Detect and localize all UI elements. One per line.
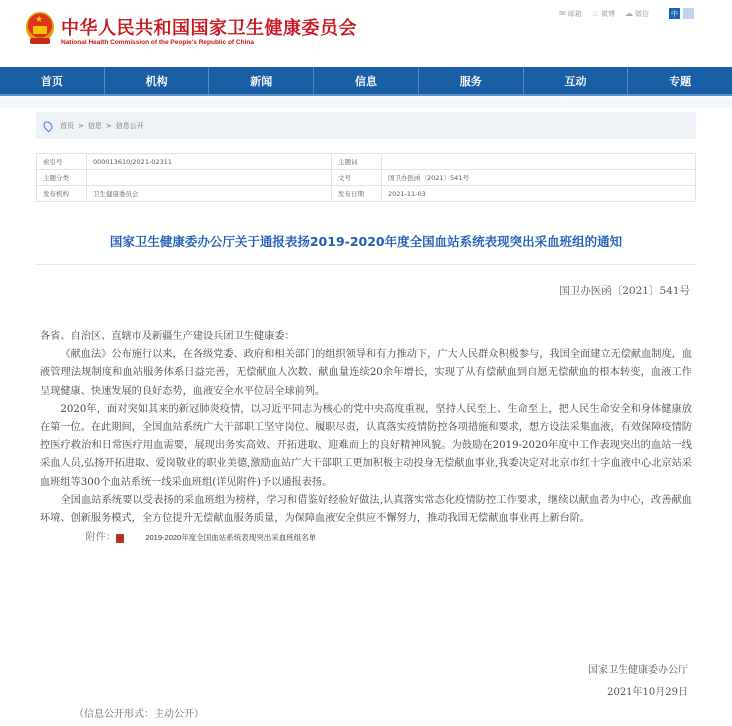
meta-value: 2021-11-03 bbox=[382, 186, 696, 202]
nav-item-home[interactable]: 首页 bbox=[0, 67, 105, 94]
salutation: 各省、自治区、直辖市及新疆生产建设兵团卫生健康委： bbox=[40, 328, 692, 346]
language-switcher: 中 bbox=[669, 8, 694, 19]
breadcrumb-disclosure[interactable]: 信息公开 bbox=[116, 121, 144, 131]
paragraph: 全国血站系统要以受表扬的采血班组为榜样，学习和借鉴好经验好做法,认真落实常态化疫… bbox=[40, 492, 692, 528]
meta-value bbox=[382, 154, 696, 170]
mail-label: 邮箱 bbox=[568, 9, 582, 19]
nav-shadow bbox=[0, 98, 732, 108]
meta-key: 发布日期 bbox=[332, 186, 382, 202]
wechat-label: 微信 bbox=[635, 9, 649, 19]
meta-value bbox=[87, 170, 332, 186]
meta-key: 发布机构 bbox=[37, 186, 87, 202]
mail-icon: ✉ bbox=[559, 9, 566, 18]
meta-value: 000013610/2021-02311 bbox=[87, 154, 332, 170]
meta-value: 卫生健康委员会 bbox=[87, 186, 332, 202]
document-number: 国卫办医函〔2021〕541号 bbox=[559, 283, 690, 298]
attachment-link[interactable]: 2019-2020年度全国血站系统表现突出采血班组名单 bbox=[125, 529, 316, 547]
paragraph: 2020年，面对突如其来的新冠肺炎疫情，以习近平同志为核心的党中央高度重视，坚持… bbox=[40, 401, 692, 492]
weibo-link[interactable]: ♨ 微博 bbox=[592, 9, 615, 19]
meta-key: 索引号 bbox=[37, 154, 87, 170]
meta-key: 文号 bbox=[332, 170, 382, 186]
location-pin-icon bbox=[42, 119, 55, 132]
signature-date: 2021年10月29日 bbox=[588, 682, 688, 704]
nav-item-news[interactable]: 新闻 bbox=[209, 67, 314, 94]
lang-en-button[interactable] bbox=[683, 8, 694, 19]
meta-value: 国卫办医函〔2021〕541号 bbox=[382, 170, 696, 186]
table-row: 索引号 000013610/2021-02311 主题词 bbox=[37, 154, 696, 170]
site-subtitle: National Health Commission of the People… bbox=[61, 39, 254, 46]
attachment-row: 附件： 2019-2020年度全国血站系统表现突出采血班组名单 bbox=[40, 529, 692, 547]
wechat-link[interactable]: ☁ 微信 bbox=[625, 9, 649, 19]
nav-item-services[interactable]: 服务 bbox=[419, 67, 524, 94]
site-title[interactable]: 中华人民共和国国家卫生健康委员会 bbox=[61, 14, 357, 40]
divider bbox=[36, 264, 696, 265]
site-header: ★ 中华人民共和国国家卫生健康委员会 National Health Commi… bbox=[0, 0, 732, 66]
document-body: 各省、自治区、直辖市及新疆生产建设兵团卫生健康委： 《献血法》公布施行以来，在各… bbox=[40, 328, 692, 547]
attachment-label: 附件： bbox=[40, 529, 116, 547]
breadcrumb-information[interactable]: 信息 bbox=[88, 121, 102, 131]
nav-item-information[interactable]: 信息 bbox=[314, 67, 419, 94]
nav-item-interaction[interactable]: 互动 bbox=[524, 67, 629, 94]
file-icon bbox=[116, 534, 124, 543]
meta-key: 主题分类 bbox=[37, 170, 87, 186]
paragraph: 《献血法》公布施行以来，在各级党委、政府和相关部门的组织领导和有力推动下，广大人… bbox=[40, 346, 692, 401]
breadcrumb-home[interactable]: 首页 bbox=[60, 121, 74, 131]
weibo-label: 微博 bbox=[601, 9, 615, 19]
table-row: 发布机构 卫生健康委员会 发布日期 2021-11-03 bbox=[37, 186, 696, 202]
wechat-icon: ☁ bbox=[625, 9, 633, 18]
national-emblem-icon[interactable]: ★ bbox=[26, 12, 54, 46]
mail-link[interactable]: ✉ 邮箱 bbox=[559, 9, 582, 19]
nav-item-organization[interactable]: 机构 bbox=[105, 67, 210, 94]
breadcrumb: 首页 > 信息 > 信息公开 bbox=[36, 112, 696, 139]
publish-form: （信息公开形式：主动公开） bbox=[74, 705, 204, 720]
breadcrumb-separator: > bbox=[78, 122, 84, 130]
table-row: 主题分类 文号 国卫办医函〔2021〕541号 bbox=[37, 170, 696, 186]
weibo-icon: ♨ bbox=[592, 9, 599, 18]
signature-org: 国家卫生健康委办公厅 bbox=[588, 660, 688, 682]
top-links: ✉ 邮箱 ♨ 微博 ☁ 微信 中 bbox=[559, 8, 694, 19]
breadcrumb-separator: > bbox=[106, 122, 112, 130]
meta-key: 主题词 bbox=[332, 154, 382, 170]
document-meta-table: 索引号 000013610/2021-02311 主题词 主题分类 文号 国卫办… bbox=[36, 153, 696, 202]
nav-item-topics[interactable]: 专题 bbox=[628, 67, 732, 94]
document-title: 国家卫生健康委办公厅关于通报表扬2019-2020年度全国血站系统表现突出采血班… bbox=[0, 232, 732, 250]
main-nav: 首页 机构 新闻 信息 服务 互动 专题 bbox=[0, 67, 732, 96]
signature: 国家卫生健康委办公厅 2021年10月29日 bbox=[588, 660, 688, 704]
lang-zh-button[interactable]: 中 bbox=[669, 8, 680, 19]
